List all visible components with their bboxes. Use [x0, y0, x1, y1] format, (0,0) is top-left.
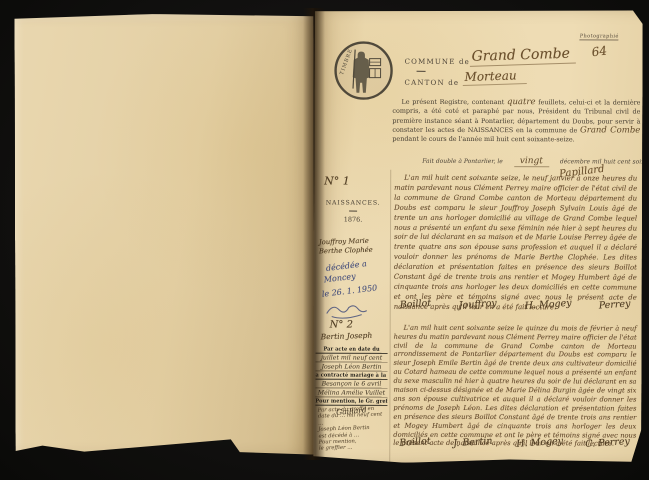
signature-jouffroy: Jouffroy	[459, 298, 498, 311]
signature-perrey: Perrey	[599, 298, 631, 311]
act-2-body-text: L'an mil huit cent soixante seize le qui…	[393, 323, 636, 449]
signature-perrey: C. Perrey	[585, 436, 630, 450]
year-heading: 1876.	[318, 215, 388, 223]
death-note-line-3: le 26. 1. 1950	[321, 283, 377, 300]
left-blank-page	[14, 14, 314, 456]
signature-mogey: H. Mogey	[515, 436, 562, 450]
fait-handwritten-date: vingt	[514, 156, 549, 167]
margin-rule	[389, 170, 391, 462]
registry-preamble-paragraph: Le présent Registre, contenant quatre fe…	[392, 98, 640, 145]
fait-printed-1: Fait double à Pontarlier, le	[422, 158, 503, 165]
act-2-number: N° 2	[330, 319, 353, 330]
timbre-revenue-seal-icon: TIMBRE	[331, 38, 395, 102]
commune-label: COMMUNE de	[405, 58, 470, 66]
canton-label: CANTON de	[405, 79, 460, 87]
right-registry-page: Photographié 64 TIMBRE COMMUNE de Grand …	[313, 9, 643, 463]
preamble-handwritten-commune: Grand Combe	[580, 125, 640, 135]
naissances-heading: NAISSANCES.	[318, 199, 388, 206]
act-1-margin-name-line-2: Berthe Clophée	[319, 246, 373, 256]
stamp-handwritten-line: Besançon le 6 avril	[315, 380, 387, 388]
preamble-handwritten-quatre: quatre	[507, 97, 536, 107]
signature-mogey: H. Mogey	[524, 298, 571, 312]
signature-boillot: Boillot	[399, 298, 431, 311]
header-divider-dash	[417, 71, 426, 72]
death-note-line-2: Moncey	[323, 272, 356, 286]
act-1-number: N° 1	[324, 174, 350, 187]
fait-printed-2: décembre mil huit cent soixante-quinze.	[560, 158, 649, 165]
preamble-printed-1: Le présent Registre, contenant	[401, 98, 504, 106]
stamp-text-line: Par acte en date du	[316, 346, 388, 354]
stamp-handwritten-line: Mélina Amélie Vuillet	[315, 389, 387, 397]
signature-bertin: J. Bertin	[453, 436, 493, 450]
stamp-handwritten-line: juillet mil neuf cent	[316, 354, 388, 362]
fait-double-line: Fait double à Pontarlier, le vingt décem…	[422, 156, 649, 167]
book-gutter-shadow	[303, 8, 325, 460]
commune-handwritten-value: Grand Combe	[469, 45, 576, 66]
act-2-margin-name: Bertin Joseph	[321, 332, 373, 342]
preamble-printed-3: pendant le cours de l'année mil huit cen…	[392, 135, 574, 144]
signature-boillot: Boillot	[399, 436, 431, 449]
scanned-registry-photo: Photographié 64 TIMBRE COMMUNE de Grand …	[0, 0, 649, 480]
mention-note-line: le greffier …	[319, 444, 387, 453]
photographed-stamp: Photographié	[579, 33, 619, 40]
act-1-body-text: L'an mil huit cent soixante seize, le ne…	[394, 174, 637, 314]
margin-mention-note: Par acte du greffe en date du … mil neuf…	[318, 406, 387, 453]
folio-number: 64	[590, 43, 607, 59]
canton-handwritten-value: Morteau	[462, 68, 527, 86]
act-2-signature-row: Boillot J. Bertin H. Mogey C. Perrey	[393, 437, 636, 449]
stamp-handwritten-line: Joseph Léon Bertin	[316, 363, 388, 371]
death-note-signature-flourish-icon	[324, 301, 370, 319]
naissances-dash	[349, 211, 357, 212]
act-1-signature-row: Boillot Jouffroy H. Mogey Perrey	[394, 299, 637, 311]
stamp-text-line: a contracté mariage à la Mairie de	[315, 372, 387, 380]
